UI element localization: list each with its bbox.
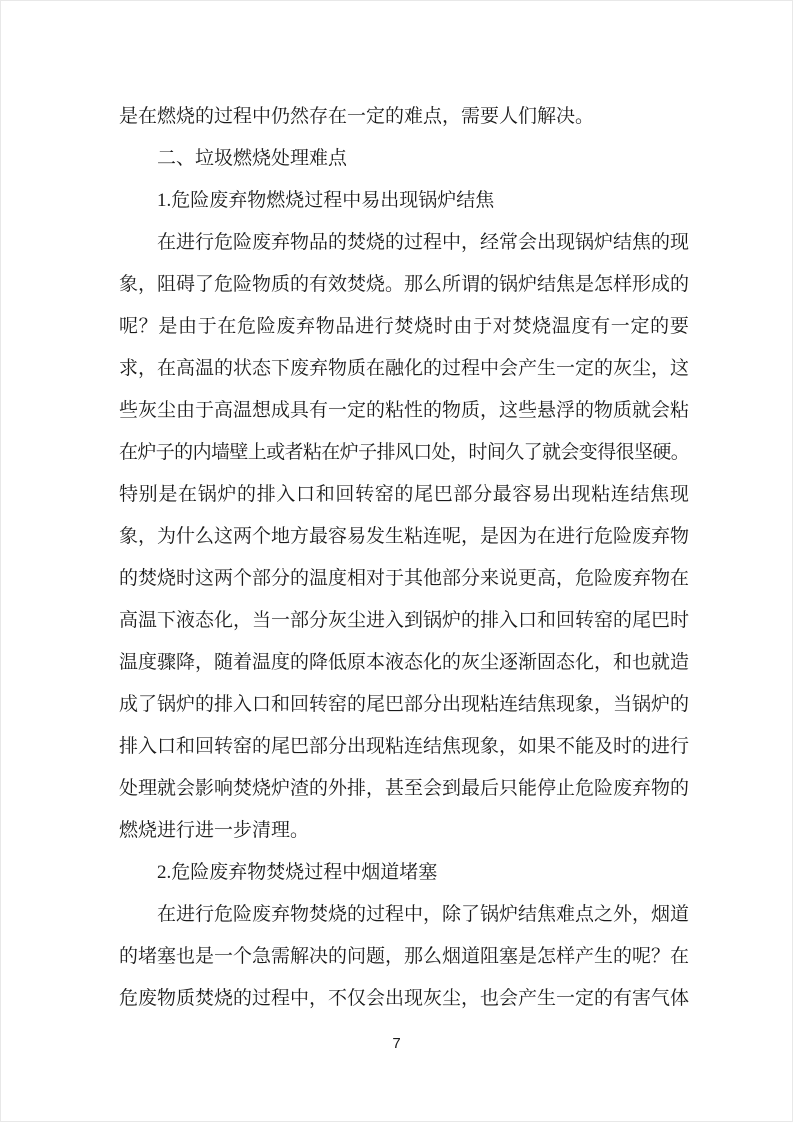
text-char: 化 [575,642,594,684]
text-char: 发 [366,516,385,558]
text-char: 子 [156,432,174,474]
text-char: 在 [157,348,176,390]
text-char: 这 [195,558,214,600]
text-char: 下 [271,348,290,390]
text-char: ， [461,516,480,558]
text-char: 于 [198,306,217,348]
text-char: 在 [217,306,236,348]
text-char: 在 [178,474,197,516]
text-char: 度 [571,306,590,348]
text-char: 道 [461,936,480,978]
text-char: 锅 [198,474,217,516]
text-char: 烧 [414,306,433,348]
text-char: 废 [138,978,157,1020]
text-char: 会 [560,432,578,474]
text-char: 的 [594,978,613,1020]
text-char: 的 [575,390,594,432]
text-char: 的 [632,726,651,768]
text-char: 产 [518,348,537,390]
text-char: 时 [613,726,632,768]
text-char: 口 [518,600,537,642]
text-char: 坚 [634,432,652,474]
text-line: 是在燃烧的过程中仍然存在一定的难点，需要人们解决。 [119,96,689,138]
text-char: 度 [328,558,347,600]
text-char: 害 [632,978,651,1020]
text-char: 气 [651,978,670,1020]
text-char: 塞 [499,936,518,978]
text-char: 入 [138,726,157,768]
text-char: 渣 [290,768,309,810]
text-char: 炉 [137,432,155,474]
text-char: 当 [613,684,632,726]
text-char: 尾 [632,600,651,642]
text-char: ， [385,936,404,978]
text-char: 弃 [296,306,315,348]
text-char: 部 [453,474,472,516]
text-char: 现 [404,978,423,1020]
text-char: 那 [404,264,423,306]
text-char: 出 [442,684,461,726]
text-char: 呢 [119,306,138,348]
text-char: ， [366,768,385,810]
text-char: 焦 [442,726,461,768]
text-char: 不 [328,978,347,1020]
text-char: 固 [537,642,556,684]
text-char: 是 [158,306,177,348]
text-char: 进 [355,306,374,348]
text-char: 分 [271,558,290,600]
text-char: 的 [394,474,413,516]
text-char: 焚 [138,558,157,600]
text-char: 温 [195,348,214,390]
text-char: 想 [252,390,271,432]
text-char: 废 [613,768,632,810]
text-char: 焚 [195,978,214,1020]
text-char: 定 [575,978,594,1020]
text-char: 状 [233,348,252,390]
text-char: 口 [252,684,271,726]
text-char: 因 [499,516,518,558]
text-line: 在进行危险废弃物焚烧的过程中，除了锅炉结焦难点之外，烟道 [119,894,689,936]
text-char: 弃 [309,348,328,390]
text-char: 废 [613,558,632,600]
text-char: 容 [512,474,531,516]
text-char: 有 [309,264,328,306]
text-char: 质 [461,390,480,432]
text-char: 物 [316,306,335,348]
text-char: 的 [670,768,689,810]
text-char: 来 [480,558,499,600]
text-char: 会 [499,348,518,390]
text-char: 象 [119,516,138,558]
text-char: 的 [290,558,309,600]
text-char: 危 [214,894,233,936]
text-char: 一 [611,306,630,348]
text-char: 低 [328,642,347,684]
text-char: 炉 [651,684,670,726]
text-char: ， [138,348,157,390]
text-char: 弃 [632,558,651,600]
text-char: 烧 [366,264,385,306]
text-line: 象，为什么这两个地方最容易发生粘连呢，是因为在进行危险废弃物 [119,516,689,558]
text-char: 甚 [385,768,404,810]
text-char: 行 [375,306,394,348]
text-char: 粘 [591,474,610,516]
text-char: 的 [423,390,442,432]
text-char: 现 [556,222,575,264]
text-char: 的 [366,390,385,432]
text-char: ， [195,642,214,684]
text-char: 化 [404,348,423,390]
text-char: 了 [138,684,157,726]
text-char: 物 [328,348,347,390]
text-char: 现 [571,474,590,516]
text-char: 中 [404,894,423,936]
text-char: 过 [442,348,461,390]
text-char: 是 [518,936,537,978]
text-char: 对 [493,306,512,348]
text-char: ？ [139,306,158,348]
text-char: 子 [358,432,376,474]
text-char: 时 [176,558,195,600]
text-char: 会 [176,768,195,810]
text-char: 了 [524,432,542,474]
text-char: 现 [461,726,480,768]
text-char: 废 [252,222,271,264]
text-char: 得 [597,432,615,474]
text-char: 出 [552,474,571,516]
text-char: 物 [157,978,176,1020]
text-char: 硬 [652,432,670,474]
text-char: 的 [119,558,138,600]
text-char: 外 [328,768,347,810]
text-char: 生 [594,936,613,978]
text-char: 堵 [138,936,157,978]
text-char: 能 [518,768,537,810]
text-char: 尘 [480,642,499,684]
text-char: 入 [499,600,518,642]
text-char: 处 [432,432,450,474]
text-char: 进 [176,222,195,264]
text-char: 有 [613,978,632,1020]
text-char: 进 [651,726,670,768]
text-char: 排 [119,726,138,768]
page-number: 7 [1,1033,792,1054]
text-char: 锅 [423,600,442,642]
text-char: 后 [480,768,499,810]
text-char: 及 [594,726,613,768]
text-char: 会 [499,978,518,1020]
text-char: 经 [480,222,499,264]
text-char: 由 [178,306,197,348]
text-char: 性 [404,390,423,432]
text-char: 炉 [442,600,461,642]
text-char: 浮 [556,390,575,432]
text-char: 烟 [651,894,670,936]
text-char: 程 [423,222,442,264]
text-char: 焚 [233,768,252,810]
text-char: 炉 [594,222,613,264]
text-char: 如 [518,726,537,768]
text-line: 危废物质焚烧的过程中，不仅会出现灰尘，也会产生一定的有害气体 [119,978,689,1020]
text-char: 尘 [632,348,651,390]
text-char: 部 [252,558,271,600]
text-char: 最 [461,768,480,810]
text-char: 最 [309,516,328,558]
text-char: 容 [328,516,347,558]
text-char: 排 [214,684,233,726]
text-char: 灰 [423,978,442,1020]
text-char: 炉 [271,768,290,810]
text-char: ， [233,600,252,642]
text-char: 过 [404,222,423,264]
text-char: 着 [233,642,252,684]
text-char: 墙 [211,432,229,474]
text-char: 口 [296,474,315,516]
text-char: 焦 [632,222,651,264]
text-char: 特 [119,474,138,516]
text-char: 题 [366,936,385,978]
text-body: 是在燃烧的过程中仍然存在一定的难点，需要人们解决。二、垃圾燃烧处理难点1.危险废… [119,96,689,1020]
text-char: 结 [518,684,537,726]
text-char: 行 [195,222,214,264]
text-char: 本 [366,642,385,684]
text-char: 这 [214,516,233,558]
text-char: 烟 [442,936,461,978]
text-char: 结 [537,264,556,306]
text-char: 危 [575,558,594,600]
text-line: 高温下液态化，当一部分灰尘进入到锅炉的排入口和回转窑的尾巴时 [119,600,689,642]
text-char: 生 [537,348,556,390]
text-char: 结 [613,222,632,264]
text-char: ， [480,390,499,432]
text-char: 巴 [385,684,404,726]
text-char: 排 [347,768,366,810]
text-char: 危 [575,768,594,810]
text-char: 到 [404,600,423,642]
text-char: 质 [347,348,366,390]
text-char: 由 [453,306,472,348]
text-char: 中 [290,978,309,1020]
text-line: 温度骤降，随着温度的降低原本液态化的灰尘逐渐固态化，和也就造 [119,642,689,684]
text-char: 的 [237,474,256,516]
text-char: 行 [575,516,594,558]
text-char: 炉 [340,432,358,474]
text-char: ， [594,684,613,726]
text-char: 阻 [157,264,176,306]
text-char: 危 [214,222,233,264]
text-char: 的 [385,222,404,264]
text-char: 的 [670,264,689,306]
text-char: 难 [556,894,575,936]
text-char: 的 [119,936,138,978]
text-char: 尾 [414,474,433,516]
text-char: 烧 [252,768,271,810]
text-char: 入 [385,600,404,642]
text-line: 的堵塞也是一个急需解决的问题，那么烟道阻塞是怎样产生的呢？在 [119,936,689,978]
text-char: 风 [395,432,413,474]
text-char: 的 [480,264,499,306]
text-char: 更 [518,558,537,600]
text-char: 谓 [461,264,480,306]
text-char: 除 [442,894,461,936]
text-char: 这 [670,348,689,390]
text-char: ， [309,978,328,1020]
text-char: 怎 [594,264,613,306]
text-char: 是 [480,516,499,558]
text-char: 灰 [613,348,632,390]
text-char: 有 [591,306,610,348]
text-char: 就 [157,768,176,810]
text-char: 度 [271,642,290,684]
text-char: 止 [556,768,575,810]
text-char: ， [423,894,442,936]
text-char: 连 [499,684,518,726]
text-char: 温 [552,306,571,348]
text-char: 行 [195,894,214,936]
text-char: 会 [651,390,670,432]
text-char: 烧 [366,222,385,264]
text-char: ， [556,558,575,600]
text-char: 锅 [499,264,518,306]
text-char: 险 [594,558,613,600]
text-char: 排 [376,432,394,474]
text-char: 温 [233,390,252,432]
text-char: 上 [248,432,266,474]
text-char: 粘 [404,516,423,558]
text-char: 部 [290,600,309,642]
text-char: 成 [119,684,138,726]
text-char: 响 [214,768,233,810]
text-char: 个 [233,558,252,600]
text-char: 其 [404,558,423,600]
text-char: 当 [252,600,271,642]
text-char: 灰 [328,600,347,642]
text-char: 态 [252,348,271,390]
text-char: 窑 [233,726,252,768]
text-char: 于 [195,390,214,432]
text-char: 果 [537,726,556,768]
text-char: 产 [518,978,537,1020]
text-char: 弃 [271,222,290,264]
text-char: 的 [233,978,252,1020]
text-char: 了 [461,894,480,936]
text-char: 会 [423,768,442,810]
text-char: 的 [195,684,214,726]
text-char: 态 [404,642,423,684]
text-char: 化 [214,600,233,642]
text-char: 尾 [271,726,290,768]
text-char: 入 [233,684,252,726]
text-char: 变 [579,432,597,474]
text-char: 渐 [518,642,537,684]
text-char: 样 [556,936,575,978]
text-char: 口 [413,432,431,474]
document-page: 是在燃烧的过程中仍然存在一定的难点，需要人们解决。二、垃圾燃烧处理难点1.危险废… [0,0,793,1122]
text-char: 。 [385,264,404,306]
text-char: 烧 [532,306,551,348]
text-char: 粘 [480,684,499,726]
text-char: 锅 [480,894,499,936]
text-char: 灰 [461,642,480,684]
text-char: 烧 [214,978,233,1020]
text-char: 些 [119,390,138,432]
text-char: 和 [537,600,556,642]
text-char: 一 [214,936,233,978]
text-char: 能 [575,726,594,768]
text-char: 生 [537,978,556,1020]
text-char: 高 [176,348,195,390]
text-char: 一 [556,978,575,1020]
text-char: 危 [119,978,138,1020]
text-char: 呢 [632,936,651,978]
text-line: 处理就会影响焚烧炉渣的外排，甚至会到最后只能停止危险废弃物的 [119,768,689,810]
text-char: 么 [423,936,442,978]
text-char: 尘 [157,390,176,432]
text-char: 怎 [537,936,556,978]
text-char: 的 [613,936,632,978]
text-char: 尾 [366,684,385,726]
text-char: ， [632,894,651,936]
text-char: 转 [214,726,233,768]
text-char: 的 [347,894,366,936]
text-char: 态 [556,642,575,684]
text-char: 度 [138,642,157,684]
text-char: 也 [480,978,499,1020]
text-char: 危 [214,264,233,306]
text-char: 过 [366,894,385,936]
text-char: 时 [468,432,486,474]
text-char: 久 [505,432,523,474]
text-char: 现 [670,474,689,516]
text-char: 定 [347,390,366,432]
text-char: 体 [670,978,689,1020]
heading-line: 2.危险废弃物焚烧过程中烟道堵塞 [119,852,689,894]
text-char: 和 [316,474,335,516]
text-char: 在 [321,432,339,474]
text-char: ？ [651,936,670,978]
text-char: 悬 [537,390,556,432]
text-char: 么 [423,264,442,306]
text-char: 品 [335,306,354,348]
text-char: 会 [518,222,537,264]
text-char: 仅 [347,978,366,1020]
text-char: 之 [594,894,613,936]
text-char: 成 [271,390,290,432]
text-char: 定 [575,348,594,390]
text-char: 进 [366,600,385,642]
text-char: 液 [176,600,195,642]
text-char: 在 [157,894,176,936]
text-char: 一 [556,348,575,390]
text-char: 尘 [442,978,461,1020]
text-char: 和 [613,642,632,684]
text-char: 回 [556,600,575,642]
text-char: 高 [214,390,233,432]
text-char: ， [461,978,480,1020]
text-char: 物 [651,768,670,810]
text-char: 的 [290,264,309,306]
text-char: 态 [195,600,214,642]
text-char: 也 [176,936,195,978]
text-char: 最 [493,474,512,516]
text-char: 回 [290,684,309,726]
text-char: 。 [671,432,689,474]
text-char: ， [138,516,157,558]
text-char: 成 [651,264,670,306]
text-char: 为 [518,516,537,558]
text-char: 产 [575,936,594,978]
